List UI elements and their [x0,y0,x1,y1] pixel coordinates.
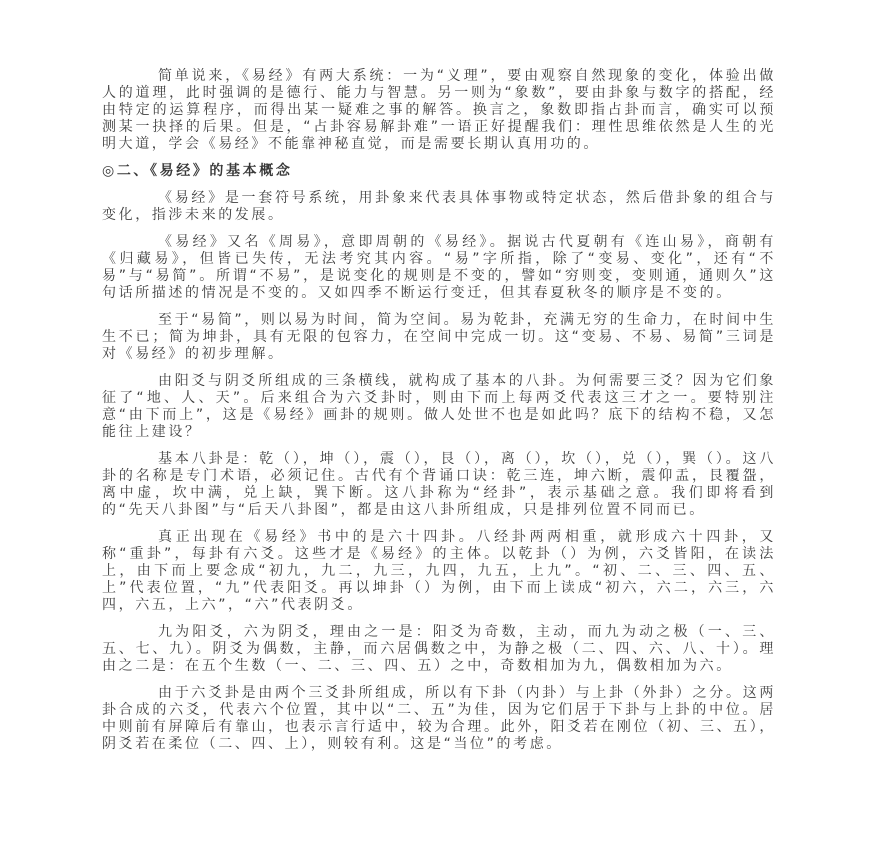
paragraph: 基本八卦是：乾（），坤（），震（），艮（），离（），坎（），兑（），巽（）。这八… [102,451,776,519]
paragraph: 九为阳爻，六为阴爻，理由之一是：阳爻为奇数，主动，而九为动之极（一、三、五、七、… [102,624,776,675]
paragraph: 真正出现在《易经》书中的是六十四卦。八经卦两两相重，就形成六十四卦，又称“重卦”… [102,529,776,614]
paragraph: 至于“易简”，则以易为时间，简为空间。易为乾卦，充满无穷的生命力，在时间中生生不… [102,312,776,363]
paragraph: 由阳爻与阴爻所组成的三条横线，就构成了基本的八卦。为何需要三爻？因为它们象征了“… [102,373,776,441]
section-heading: ◎二、《易经》的基本概念 [102,163,776,180]
document-page: 简单说来，《易经》有两大系统：一为“义理”，要由观察自然现象的变化，体验出做人的… [102,68,776,763]
paragraph: 《易经》是一套符号系统，用卦象来代表具体事物或特定状态，然后借卦象的组合与变化，… [102,190,776,224]
paragraph: 由于六爻卦是由两个三爻卦所组成，所以有下卦（内卦）与上卦（外卦）之分。这两卦合成… [102,685,776,753]
paragraph: 《易经》又名《周易》，意即周朝的《易经》。据说古代夏朝有《连山易》，商朝有《归藏… [102,234,776,302]
paragraph: 简单说来，《易经》有两大系统：一为“义理”，要由观察自然现象的变化，体验出做人的… [102,68,776,153]
